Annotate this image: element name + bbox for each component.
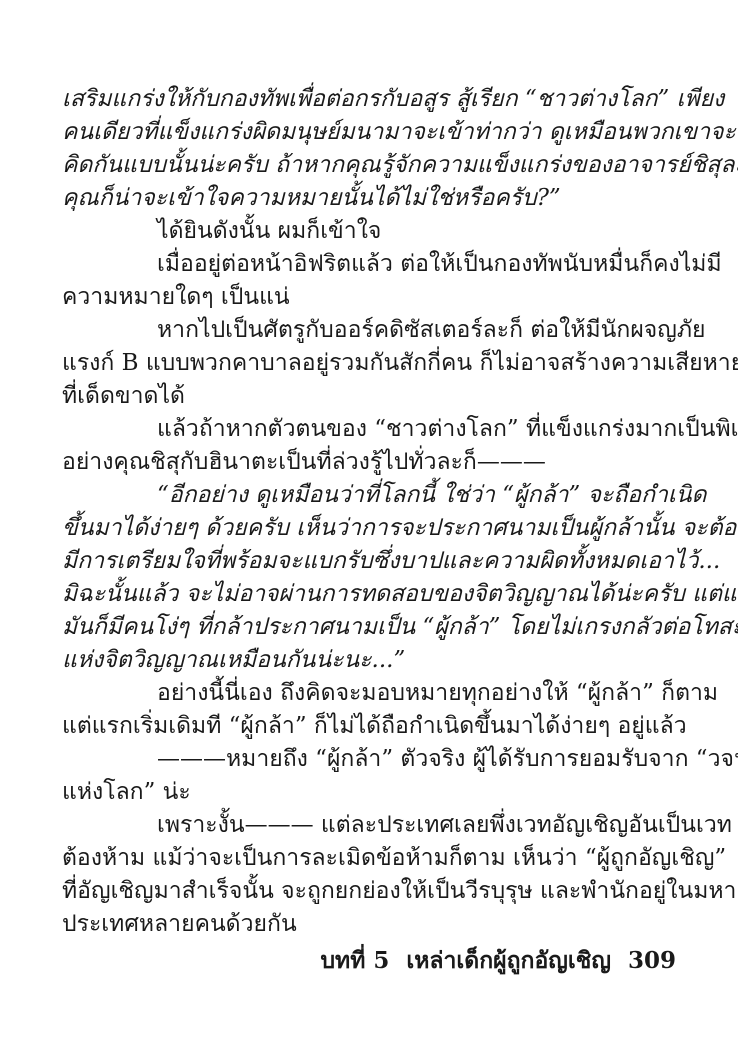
text-line: แล้วถ้าหากตัวตนของ “ชาวต่างโลก” ที่แข็งแ… xyxy=(62,413,678,446)
book-page: เสริมแกร่งให้กับกองทัพเพื่อต่อกรกับอสูร … xyxy=(0,0,738,1051)
text-line: คิดกันแบบนั้นน่ะครับ ถ้าหากคุณรู้จักความ… xyxy=(62,149,678,182)
text-line: แรงก์ B แบบพวกคาบาลอยู่รวมกันสักกี่คน ก็… xyxy=(62,347,678,380)
footer-chapter-label: บทที่ 5 xyxy=(320,947,389,974)
text-line: “อีกอย่าง ดูเหมือนว่าที่โลกนี้ ใช่ว่า “ผ… xyxy=(62,479,678,512)
text-line: คนเดียวที่แข็งแกร่งผิดมนุษย์มนามาจะเข้าท… xyxy=(62,116,678,149)
page-text: เสริมแกร่งให้กับกองทัพเพื่อต่อกรกับอสูร … xyxy=(62,83,678,941)
text-line: มีการเตรียมใจที่พร้อมจะแบกรับซึ่งบาปและค… xyxy=(62,545,678,578)
text-line: ที่เด็ดขาดได้ xyxy=(62,380,678,413)
footer-chapter-title: เหล่าเด็กผู้ถูกอัญเชิญ xyxy=(406,947,611,974)
text-line: ความหมายใดๆ เป็นแน่ xyxy=(62,281,678,314)
text-line: ประเทศหลายคนด้วยกัน xyxy=(62,908,678,941)
text-line: ที่อัญเชิญมาสำเร็จนั้น จะถูกยกย่องให้เป็… xyxy=(62,875,678,908)
text-line: แต่แรกเริ่มเดิมที “ผู้กล้า” ก็ไม่ได้ถือก… xyxy=(62,710,678,743)
text-line: ขึ้นมาได้ง่ายๆ ด้วยครับ เห็นว่าการจะประก… xyxy=(62,512,678,545)
page-footer: บทที่ 5 เหล่าเด็กผู้ถูกอัญเชิญ 309 xyxy=(320,946,676,976)
text-line: หากไปเป็นศัตรูกับออร์คดิซัสเตอร์ละก็ ต่อ… xyxy=(62,314,678,347)
footer-page-number: 309 xyxy=(628,947,676,974)
text-line: เพราะงั้น——— แต่ละประเทศเลยพึ่งเวทอัญเชิ… xyxy=(62,809,678,842)
text-line: เมื่ออยู่ต่อหน้าอิฟริตแล้ว ต่อให้เป็นกอง… xyxy=(62,248,678,281)
text-line: แห่งโลก” น่ะ xyxy=(62,776,678,809)
text-line: มันก็มีคนโง่ๆ ที่กล้าประกาศนามเป็น “ผู้ก… xyxy=(62,611,678,644)
text-line: ได้ยินดังนั้น ผมก็เข้าใจ xyxy=(62,215,678,248)
text-line: มิฉะนั้นแล้ว จะไม่อาจผ่านการทดสอบของจิตว… xyxy=(62,578,678,611)
text-line: อย่างนี้นี่เอง ถึงคิดจะมอบหมายทุกอย่างให… xyxy=(62,677,678,710)
text-line: คุณก็น่าจะเข้าใจความหมายนั้นได้ไม่ใช่หรื… xyxy=(62,182,678,215)
text-line: อย่างคุณชิสุกับฮินาตะเป็นที่ล่วงรู้ไปทั่… xyxy=(62,446,678,479)
text-line: เสริมแกร่งให้กับกองทัพเพื่อต่อกรกับอสูร … xyxy=(62,83,678,116)
text-line: แห่งจิตวิญญาณเหมือนกันน่ะนะ...” xyxy=(62,644,678,677)
text-line: ———หมายถึง “ผู้กล้า” ตัวจริง ผู้ได้รับกา… xyxy=(62,743,678,776)
text-line: ต้องห้าม แม้ว่าจะเป็นการละเมิดข้อห้ามก็ต… xyxy=(62,842,678,875)
